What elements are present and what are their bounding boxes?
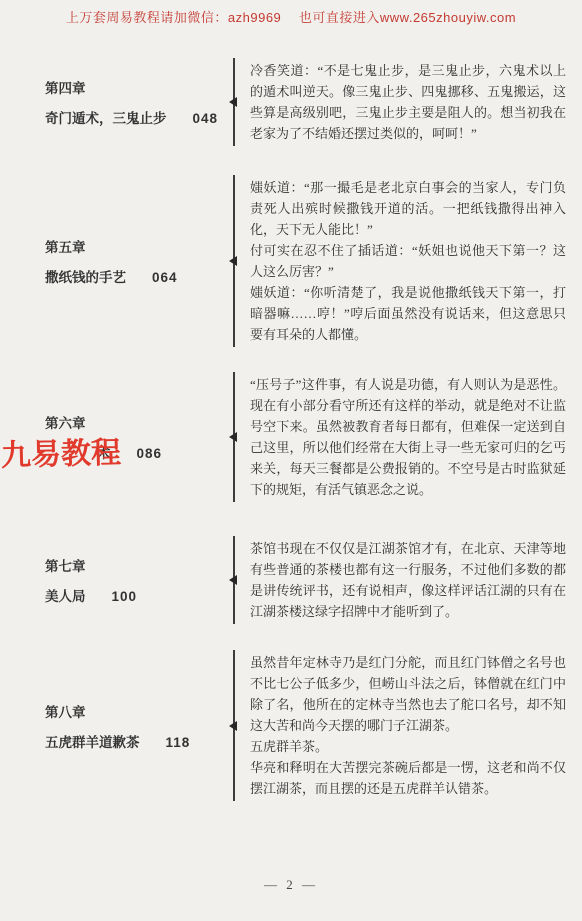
excerpt-paragraph: 茶馆书现在不仅仅是江湖茶馆才有，在北京、天津等地有些普通的茶楼也都有这一行服务，… <box>250 538 566 622</box>
chapter-number: 第五章 <box>45 236 233 256</box>
chapter-page-number: 086 <box>137 446 163 461</box>
chapter-page-number: 048 <box>193 111 219 126</box>
chapter-title: 撒纸钱的手艺 <box>45 270 126 285</box>
chapter-title-line: 撒纸钱的手艺064 <box>45 266 233 286</box>
chapter-title-line: 五虎群羊道歉茶118 <box>45 731 233 751</box>
excerpt-paragraph: 付可实在忍不住了插话道：“妖姐也说他天下第一？这人这么厉害？” <box>250 240 566 282</box>
promo-header: 上万套周易教程请加微信：azh9969 也可直接进入www.265zhouyiw… <box>0 7 582 26</box>
chapter-number: 第四章 <box>45 77 233 97</box>
chapter-title-line: 奇门遁术，三鬼止步048 <box>45 107 233 127</box>
chapter-page-number: 064 <box>152 270 178 285</box>
excerpt-paragraph: “压号子”这件事，有人说是功德，有人则认为是恶性。现在有小部分看守所还有这样的举… <box>250 374 566 500</box>
excerpt-paragraph: 冷香笑道：“不是七鬼止步，是三鬼止步，六鬼术以上的遁术叫逆天。像三鬼止步、四鬼挪… <box>250 60 566 144</box>
toc-entry: 第五章 撒纸钱的手艺064 <box>0 236 233 286</box>
page-number: — 2 — <box>0 877 582 893</box>
chapter-title-line: 美人局100 <box>45 585 233 605</box>
chapter-number: 第八章 <box>45 701 233 721</box>
excerpt-block: 冷香笑道：“不是七鬼止步，是三鬼止步，六鬼术以上的遁术叫逆天。像三鬼止步、四鬼挪… <box>233 58 582 146</box>
toc-section-row: 第八章 五虎群羊道歉茶118 虽然昔年定林寺乃是红门分舵，而且红门钵僧之名号也不… <box>0 650 582 801</box>
section-pointer-icon <box>229 721 237 731</box>
excerpt-block: 媸妖道：“那一撮毛是老北京白事会的当家人，专门负责死人出殡时候撒钱开道的活。一把… <box>233 175 582 347</box>
excerpt-paragraph: 虽然昔年定林寺乃是红门分舵，而且红门钵僧之名号也不比七公子低多少，但崂山斗法之后… <box>250 652 566 736</box>
toc-entry: 第四章 奇门遁术，三鬼止步048 <box>0 77 233 127</box>
section-pointer-icon <box>229 256 237 266</box>
excerpt-paragraph: 华亮和释明在大苦摆完茶碗后都是一愣，这老和尚不仅摆江湖茶，而且摆的还是五虎群羊认… <box>250 757 566 799</box>
scanned-book-page: { "colors":{ "page_background":"#f1f0ed"… <box>0 0 582 921</box>
chapter-title: 奇门遁术，三鬼止步 <box>45 111 167 126</box>
section-pointer-icon <box>229 432 237 442</box>
chapter-page-number: 100 <box>112 589 138 604</box>
watermark-stamp: 九易教程 <box>1 438 122 471</box>
excerpt-paragraph: 媸妖道：“那一撮毛是老北京白事会的当家人，专门负责死人出殡时候撒钱开道的活。一把… <box>250 177 566 240</box>
toc-entry: 第七章 美人局100 <box>0 555 233 605</box>
excerpt-block: 虽然昔年定林寺乃是红门分舵，而且红门钵僧之名号也不比七公子低多少，但崂山斗法之后… <box>233 650 582 801</box>
excerpt-block: 茶馆书现在不仅仅是江湖茶馆才有，在北京、天津等地有些普通的茶楼也都有这一行服务，… <box>233 536 582 624</box>
section-pointer-icon <box>229 97 237 107</box>
chapter-number: 第七章 <box>45 555 233 575</box>
chapter-page-number: 118 <box>166 735 191 750</box>
chapter-title: 美人局 <box>45 589 86 604</box>
section-pointer-icon <box>229 575 237 585</box>
toc-section-row: 第五章 撒纸钱的手艺064 媸妖道：“那一撮毛是老北京白事会的当家人，专门负责死… <box>0 175 582 347</box>
excerpt-block: “压号子”这件事，有人说是功德，有人则认为是恶性。现在有小部分看守所还有这样的举… <box>233 372 582 502</box>
chapter-title: 五虎群羊道歉茶 <box>45 735 140 750</box>
toc-entry: 第八章 五虎群羊道歉茶118 <box>0 701 233 751</box>
excerpt-paragraph: 媸妖道：“你听清楚了，我是说他撒纸钱天下第一，打暗器嘛……哼！”哼后面虽然没有说… <box>250 282 566 345</box>
toc-section-row: 第四章 奇门遁术，三鬼止步048 冷香笑道：“不是七鬼止步，是三鬼止步，六鬼术以… <box>0 58 582 146</box>
toc-section-row: 第七章 美人局100 茶馆书现在不仅仅是江湖茶馆才有，在北京、天津等地有些普通的… <box>0 536 582 624</box>
chapter-number: 第六章 <box>45 412 233 432</box>
excerpt-paragraph: 五虎群羊茶。 <box>250 736 566 757</box>
